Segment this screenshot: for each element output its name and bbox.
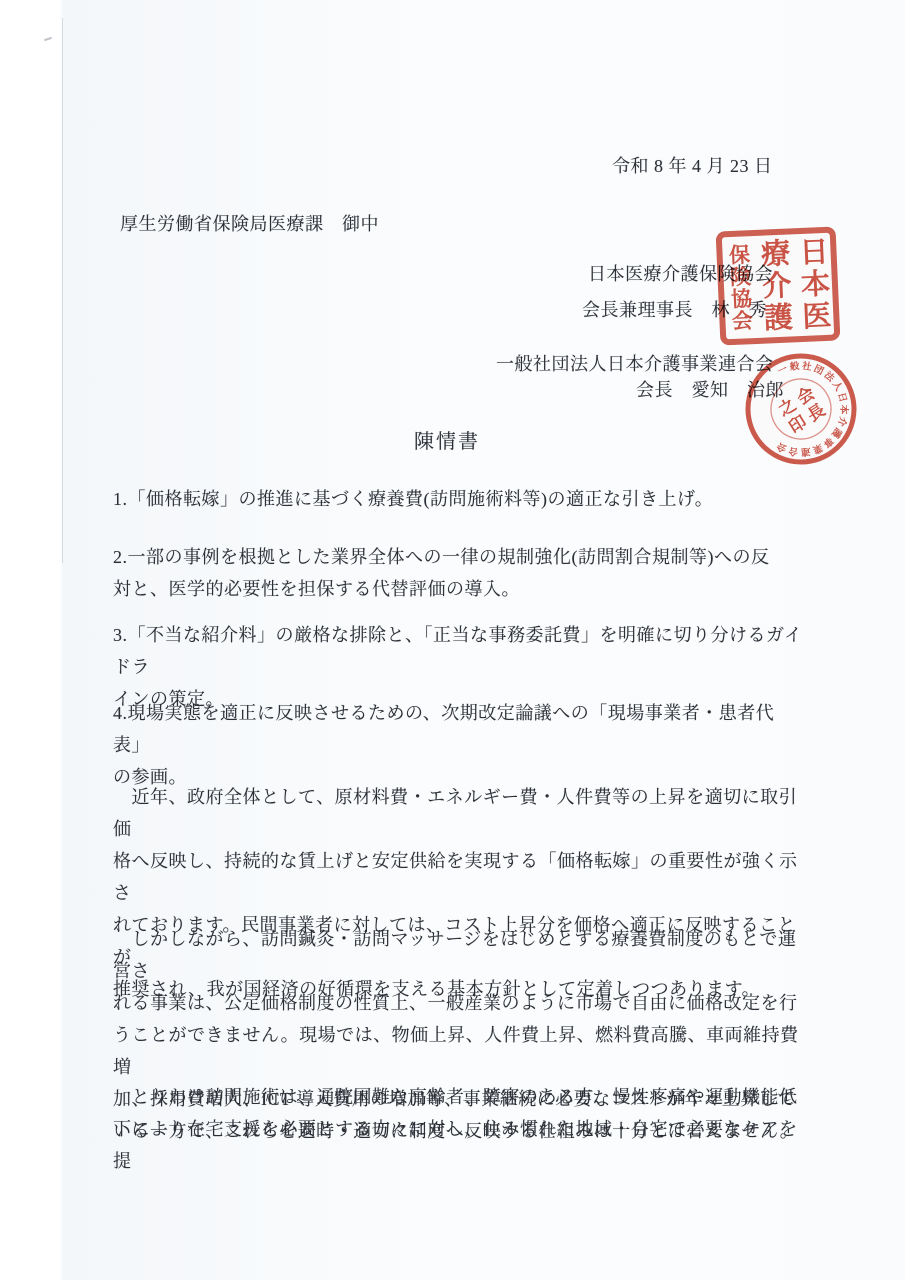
recipient-line: 厚生労働省保険局医療課 御中 <box>120 208 379 240</box>
scan-edge-artifact <box>62 18 63 563</box>
petition-item-1: 1.「価格転嫁」の推進に基づく療養費(訪問施術料等)の適正な引き上げ。 <box>113 483 803 515</box>
square-seal-column-2: 療介護 <box>757 238 790 335</box>
square-red-seal: 日本医 療介護 保険協会 <box>716 226 841 345</box>
body-paragraph-3: とりわけ訪問施術は、通院困難な高齢者、障害のある方、慢性疼痛や運動機能低 下によ… <box>113 1081 803 1177</box>
scan-speck-artifact <box>44 37 52 41</box>
petition-item-4: 4.現場実態を適正に反映させるための、次期改定論議への「現場事業者・患者代表」 … <box>113 697 803 793</box>
square-seal-column-1: 日本医 <box>796 236 829 333</box>
petition-item-2: 2.一部の事例を根拠とした業界全体への一律の規制強化(訪問割合規制等)への反 対… <box>113 541 803 605</box>
date-line: 令和 8 年 4 月 23 日 <box>612 150 773 182</box>
page-title: 陳情書 <box>414 426 480 458</box>
square-seal-column-3: 保険協会 <box>727 243 752 332</box>
